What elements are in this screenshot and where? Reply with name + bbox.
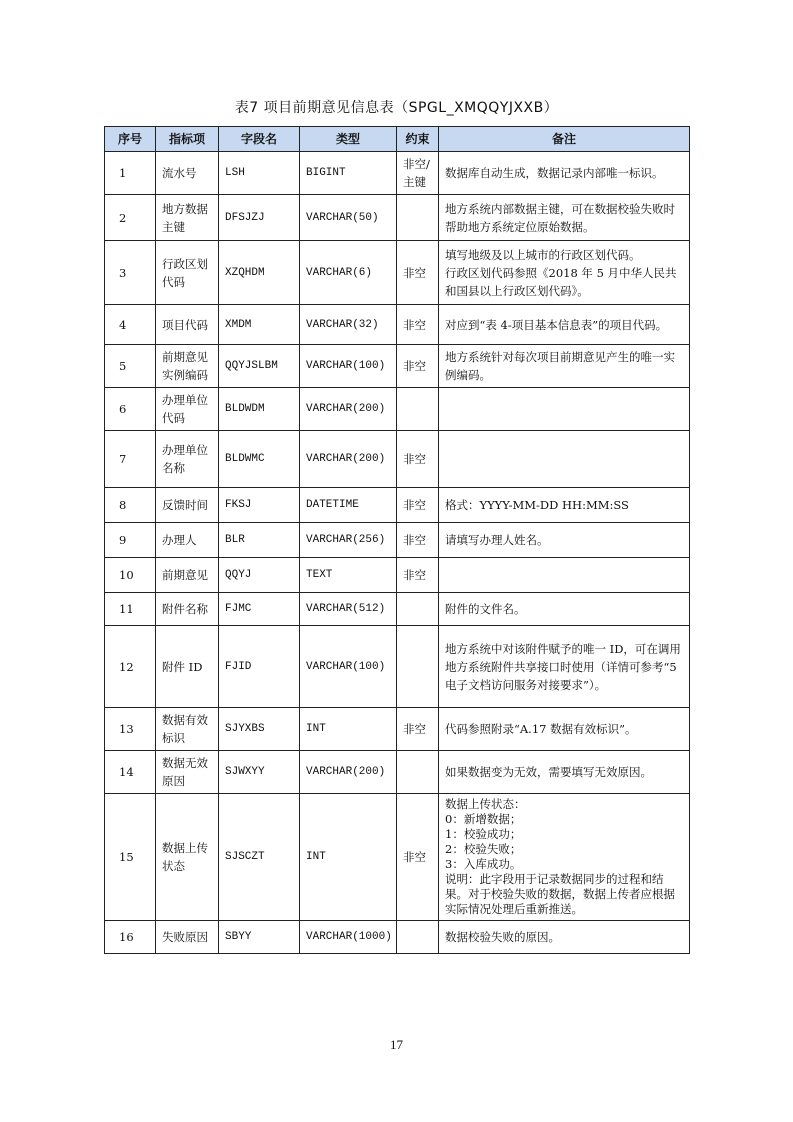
header-no: 序号 [105,127,156,152]
table-row: 3行政区划代码XZQHDMVARCHAR(6)非空填写地级及以上城市的行政区划代… [105,241,690,305]
cell-no: 8 [105,488,156,523]
cell-type: VARCHAR(50) [300,195,397,241]
cell-no: 12 [105,626,156,708]
table-row: 15数据上传状态SJSCZTINT非空数据上传状态： 0：新增数据； 1：校验成… [105,794,690,921]
cell-note: 附件的文件名。 [439,593,690,626]
cell-type: INT [300,794,397,921]
cell-type: VARCHAR(100) [300,626,397,708]
cell-no: 1 [105,152,156,195]
cell-note [439,558,690,593]
cell-field: BLR [219,523,300,558]
table-row: 4项目代码XMDMVARCHAR(32)非空对应到“表 4-项目基本信息表”的项… [105,305,690,345]
cell-no: 11 [105,593,156,626]
cell-constraint: 非空 [397,558,439,593]
table-row: 2地方数据主键DFSJZJVARCHAR(50)地方系统内部数据主键，可在数据校… [105,195,690,241]
field-definition-table: 序号 指标项 字段名 类型 约束 备注 1流水号LSHBIGINT非空/ 主键数… [104,126,690,954]
cell-type: TEXT [300,558,397,593]
cell-item: 附件 ID [156,626,219,708]
cell-no: 3 [105,241,156,305]
cell-item: 数据无效原因 [156,751,219,794]
cell-field: SJWXYY [219,751,300,794]
cell-field: FKSJ [219,488,300,523]
cell-note: 填写地级及以上城市的行政区划代码。 行政区划代码参照《2018 年 5 月中华人… [439,241,690,305]
cell-field: SJSCZT [219,794,300,921]
cell-no: 6 [105,388,156,431]
cell-field: QQYJ [219,558,300,593]
cell-note: 数据校验失败的原因。 [439,921,690,954]
cell-note: 代码参照附录“A.17 数据有效标识”。 [439,708,690,751]
cell-constraint: 非空 [397,488,439,523]
table-row: 9办理人BLRVARCHAR(256)非空请填写办理人姓名。 [105,523,690,558]
table-row: 12附件 IDFJIDVARCHAR(100)地方系统中对该附件赋予的唯一 ID… [105,626,690,708]
cell-field: FJMC [219,593,300,626]
cell-constraint [397,626,439,708]
cell-constraint: 非空 [397,241,439,305]
cell-item: 前期意见 [156,558,219,593]
cell-item: 项目代码 [156,305,219,345]
table-row: 13数据有效标识SJYXBSINT非空代码参照附录“A.17 数据有效标识”。 [105,708,690,751]
cell-field: QQYJSLBM [219,345,300,388]
cell-field: SJYXBS [219,708,300,751]
cell-note: 如果数据变为无效，需要填写无效原因。 [439,751,690,794]
cell-no: 5 [105,345,156,388]
cell-no: 7 [105,431,156,488]
cell-item: 反馈时间 [156,488,219,523]
cell-field: BLDWDM [219,388,300,431]
cell-note: 地方系统中对该附件赋予的唯一 ID，可在调用地方系统附件共享接口时使用（详情可参… [439,626,690,708]
cell-type: VARCHAR(200) [300,751,397,794]
cell-type: VARCHAR(512) [300,593,397,626]
cell-field: LSH [219,152,300,195]
table-title: 表7 项目前期意见信息表（SPGL_XMQQYJXXB） [0,97,793,117]
cell-item: 失败原因 [156,921,219,954]
cell-field: DFSJZJ [219,195,300,241]
cell-type: VARCHAR(32) [300,305,397,345]
cell-constraint [397,593,439,626]
cell-no: 9 [105,523,156,558]
table-row: 5前期意见实例编码QQYJSLBMVARCHAR(100)非空地方系统针对每次项… [105,345,690,388]
cell-note [439,431,690,488]
cell-item: 附件名称 [156,593,219,626]
cell-note: 数据库自动生成，数据记录内部唯一标识。 [439,152,690,195]
cell-note: 地方系统内部数据主键，可在数据校验失败时帮助地方系统定位原始数据。 [439,195,690,241]
header-note: 备注 [439,127,690,152]
cell-type: DATETIME [300,488,397,523]
cell-constraint [397,388,439,431]
cell-constraint: 非空 [397,345,439,388]
cell-constraint: 非空 [397,794,439,921]
cell-note: 格式：YYYY-MM-DD HH:MM:SS [439,488,690,523]
cell-field: BLDWMC [219,431,300,488]
cell-note: 地方系统针对每次项目前期意见产生的唯一实例编码。 [439,345,690,388]
cell-field: XZQHDM [219,241,300,305]
cell-item: 行政区划代码 [156,241,219,305]
cell-field: FJID [219,626,300,708]
table-row: 16失败原因SBYYVARCHAR(1000)数据校验失败的原因。 [105,921,690,954]
cell-item: 办理单位名称 [156,431,219,488]
table-row: 10前期意见QQYJTEXT非空 [105,558,690,593]
table-row: 1流水号LSHBIGINT非空/ 主键数据库自动生成，数据记录内部唯一标识。 [105,152,690,195]
cell-no: 15 [105,794,156,921]
table-row: 6办理单位代码BLDWDMVARCHAR(200) [105,388,690,431]
cell-type: VARCHAR(200) [300,388,397,431]
table-row: 8反馈时间FKSJDATETIME非空格式：YYYY-MM-DD HH:MM:S… [105,488,690,523]
cell-type: BIGINT [300,152,397,195]
cell-no: 14 [105,751,156,794]
cell-no: 16 [105,921,156,954]
cell-item: 地方数据主键 [156,195,219,241]
cell-constraint: 非空 [397,305,439,345]
cell-constraint: 非空 [397,708,439,751]
header-type: 类型 [300,127,397,152]
page-number: 17 [0,1037,793,1053]
cell-no: 10 [105,558,156,593]
header-item: 指标项 [156,127,219,152]
cell-note [439,388,690,431]
cell-no: 13 [105,708,156,751]
cell-no: 2 [105,195,156,241]
cell-item: 办理单位代码 [156,388,219,431]
cell-type: VARCHAR(6) [300,241,397,305]
cell-item: 办理人 [156,523,219,558]
cell-field: XMDM [219,305,300,345]
cell-item: 数据有效标识 [156,708,219,751]
cell-constraint: 非空 [397,431,439,488]
cell-type: VARCHAR(256) [300,523,397,558]
cell-item: 流水号 [156,152,219,195]
cell-constraint: 非空/ 主键 [397,152,439,195]
table-header-row: 序号 指标项 字段名 类型 约束 备注 [105,127,690,152]
cell-constraint [397,921,439,954]
cell-type: VARCHAR(1000) [300,921,397,954]
cell-item: 前期意见实例编码 [156,345,219,388]
cell-type: INT [300,708,397,751]
table-row: 7办理单位名称BLDWMCVARCHAR(200)非空 [105,431,690,488]
cell-note: 对应到“表 4-项目基本信息表”的项目代码。 [439,305,690,345]
cell-constraint: 非空 [397,523,439,558]
cell-type: VARCHAR(100) [300,345,397,388]
table-row: 14数据无效原因SJWXYYVARCHAR(200)如果数据变为无效，需要填写无… [105,751,690,794]
cell-note: 请填写办理人姓名。 [439,523,690,558]
cell-type: VARCHAR(200) [300,431,397,488]
header-constraint: 约束 [397,127,439,152]
table-row: 11附件名称FJMCVARCHAR(512)附件的文件名。 [105,593,690,626]
cell-note: 数据上传状态： 0：新增数据； 1：校验成功； 2：校验失败； 3：入库成功。 … [439,794,690,921]
cell-constraint [397,751,439,794]
cell-field: SBYY [219,921,300,954]
cell-item: 数据上传状态 [156,794,219,921]
cell-constraint [397,195,439,241]
header-field: 字段名 [219,127,300,152]
cell-no: 4 [105,305,156,345]
